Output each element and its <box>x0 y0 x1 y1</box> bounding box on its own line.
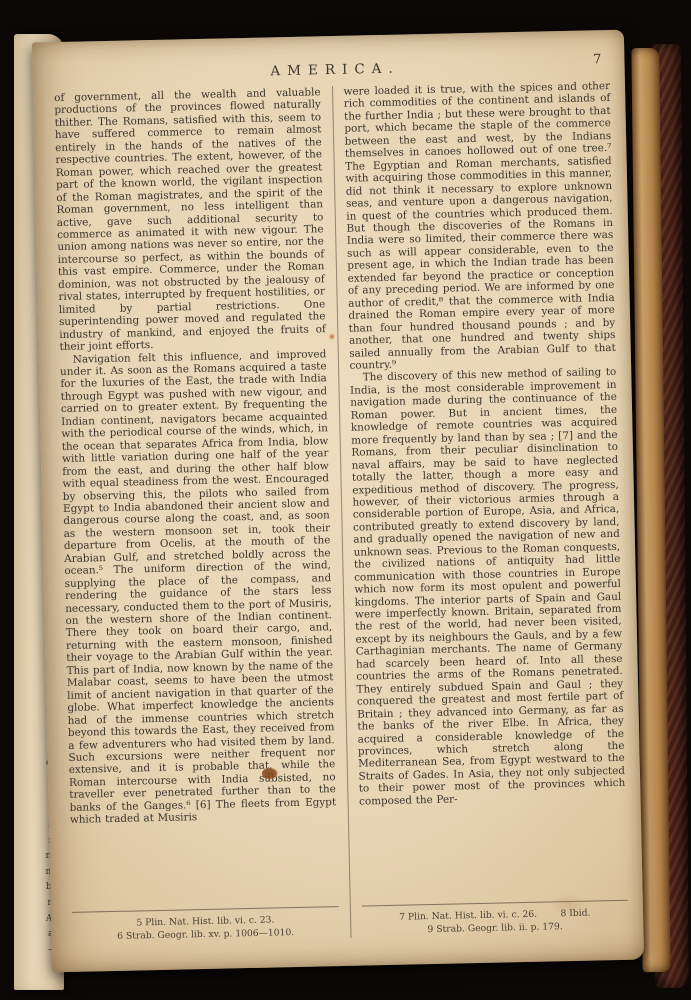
text-fragment: — <box>14 943 57 959</box>
right-column-text: were loaded it is true, with the spices … <box>343 80 625 808</box>
paragraph: The discovery of this new method of sail… <box>350 366 626 808</box>
right-footnotes: 7 Plin. Nat. Hist. lib. vi. c. 26. 8 Ibi… <box>361 895 628 938</box>
footnote-rule <box>361 900 627 907</box>
book-photo: I.[5]toar-uldcalanenomanro-ndbyer,ar-ane… <box>0 0 691 1000</box>
text-columns: of government, all the wealth and valuab… <box>54 80 628 944</box>
paragraph: of government, all the wealth and valuab… <box>54 86 326 353</box>
paragraph: Navigation felt this influence, and impr… <box>60 348 337 827</box>
page-content: AMERICA. 7 of government, all the wealth… <box>32 30 644 973</box>
running-header: AMERICA. <box>53 56 609 84</box>
footnote-rule <box>72 906 338 913</box>
left-footnotes: 5 Plin. Nat. Hist. lib. vi. c. 23.6 Stra… <box>72 901 339 944</box>
left-column: of government, all the wealth and valuab… <box>54 86 350 944</box>
left-column-text: of government, all the wealth and valuab… <box>54 86 336 826</box>
paragraph: were loaded it is true, with the spices … <box>343 80 616 372</box>
page-number: 7 <box>593 52 602 67</box>
right-column: were loaded it is true, with the spices … <box>331 80 628 938</box>
book-page: AMERICA. 7 of government, all the wealth… <box>32 30 644 973</box>
